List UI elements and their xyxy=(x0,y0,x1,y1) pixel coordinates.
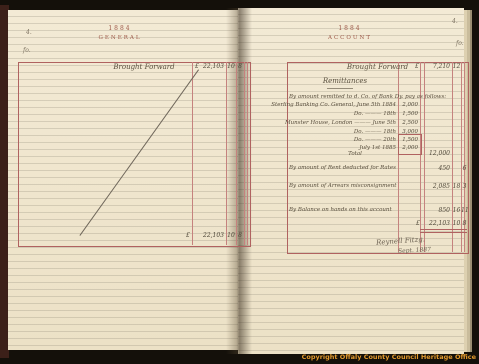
left-total-shillings: 10 xyxy=(226,232,236,239)
emphasis-box xyxy=(398,134,422,155)
pence-value: 8 xyxy=(236,63,244,70)
left-total-pence: 8 xyxy=(236,232,244,239)
total-rule xyxy=(420,232,467,233)
column-rule xyxy=(192,62,193,245)
left-page-section: GENERAL xyxy=(70,35,170,41)
column-rule xyxy=(247,62,248,245)
remittances-heading: Remittances xyxy=(300,77,390,85)
summary-row-shillings: 16 xyxy=(452,207,461,214)
left-page-year: 1884 xyxy=(70,25,170,32)
summary-row-pence: 3 xyxy=(461,183,468,190)
currency-symbol: £ xyxy=(186,232,190,239)
summary-row-pounds: 850 xyxy=(425,207,450,214)
remittances-total-amount: 12,000 xyxy=(425,150,450,157)
column-rule xyxy=(236,62,237,245)
left-total-pounds: 22,103 xyxy=(197,232,224,239)
column-rule xyxy=(226,62,227,245)
remittance-entry-amount: 2,500 xyxy=(399,120,418,126)
column-rule xyxy=(420,62,421,252)
remittance-entry-amount: 1,500 xyxy=(399,111,418,117)
currency-symbol: £ xyxy=(416,220,420,227)
remittance-entry-amount: 2,000 xyxy=(399,102,418,108)
summary-row-pence: 6 xyxy=(461,165,468,172)
pounds-value: 7,210 xyxy=(425,63,450,70)
summary-row-pence: 11 xyxy=(461,207,468,214)
left-ledger-table xyxy=(18,62,251,247)
remittances-intro: By amount remitted to d. Co. of Bank Dy.… xyxy=(289,94,446,100)
right-total-shillings: 10 xyxy=(452,220,461,227)
folio-mark: 4. xyxy=(452,18,458,25)
folio-mark: fo. xyxy=(456,40,464,47)
shillings-value: 12 xyxy=(452,63,461,70)
copyright-watermark: Copyright Offaly County Council Heritage… xyxy=(302,353,476,361)
pounds-value: 22,103 xyxy=(198,63,224,70)
right-page-year: 1884 xyxy=(300,25,400,32)
summary-row-label: By Balance on hands on this account xyxy=(289,207,392,213)
right-brought-forward-label: Brought Forward xyxy=(335,63,420,71)
ledger-scan: 4. fo. 1884 GENERAL Brought Forward £ 22… xyxy=(0,0,479,364)
summary-row-pounds: 2,085 xyxy=(425,183,450,190)
remittance-entry-label: Do. ——— 20th xyxy=(354,137,396,143)
summary-row-label: By amount of Rent deducted for Rates xyxy=(289,165,396,171)
summary-row-label: By amount of Arrears misconsignment xyxy=(289,183,396,189)
right-page-section: ACCOUNT xyxy=(300,35,400,41)
summary-row-pounds: 450 xyxy=(425,165,450,172)
heading-underline xyxy=(327,88,353,89)
folio-mark: 4. xyxy=(26,29,32,36)
remittance-entry-label: Sterling Banking Co. General, June 5th 1… xyxy=(271,102,396,108)
remittance-entry-label: Do. ——— 18th xyxy=(354,129,396,135)
page-edge xyxy=(470,10,472,352)
total-rule xyxy=(420,229,467,230)
right-total-pounds: 22,103 xyxy=(425,220,450,227)
column-rule xyxy=(398,62,399,252)
column-rule xyxy=(244,62,245,245)
currency-symbol: £ xyxy=(415,63,419,70)
remittance-entry-label: Do. ——— 18th xyxy=(354,111,396,117)
summary-row-shillings: 18 xyxy=(452,183,461,190)
right-total-pence: 8 xyxy=(461,220,468,227)
folio-mark: fo. xyxy=(23,47,31,54)
shillings-value: 10 xyxy=(226,63,236,70)
remittances-total-label: Total xyxy=(340,151,370,157)
left-brought-forward-label: Brought Forward xyxy=(100,63,188,71)
remittance-entry-label: Munster House, London ——— June 5th xyxy=(285,120,396,126)
